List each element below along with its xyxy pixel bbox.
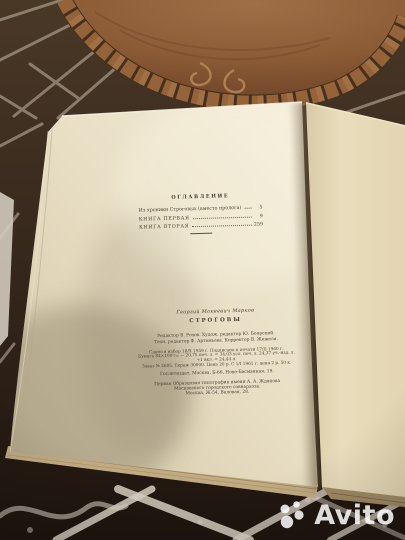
photo-scene: ОГЛАВЛЕНИЕ Из хроники Строговых (вместо … <box>0 0 405 540</box>
scene-graphic <box>0 0 405 540</box>
right-page <box>306 102 405 498</box>
open-book <box>0 95 405 507</box>
